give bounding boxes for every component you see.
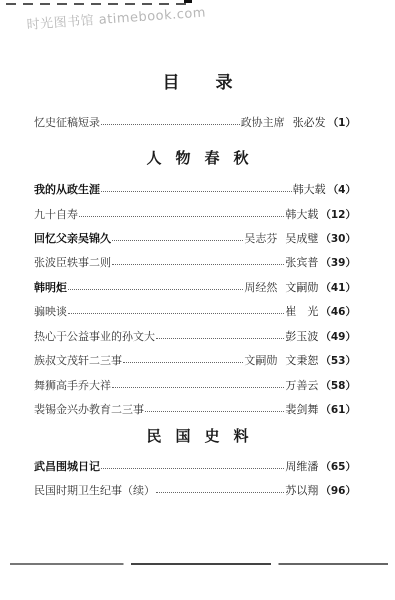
entry-title: 韩明炬 <box>34 279 67 295</box>
watermark: 时光图书馆 atimebook.com <box>26 1 206 32</box>
toc-entry[interactable]: 张波臣轶事二则 张宾普 （39） <box>34 254 356 270</box>
entry-title: 族叔文茂轩二三事 <box>34 352 122 368</box>
toc-title: 目录 <box>0 68 395 93</box>
entry-author: 韩大载 <box>285 206 318 222</box>
entry-author: 张必发 <box>293 114 326 130</box>
toc-entry[interactable]: 回忆父亲吴锦久 吴志芬 吴成璧 （30） <box>34 230 356 246</box>
entry-page: （12） <box>320 207 356 222</box>
entry-author: 彭玉波 <box>285 328 318 344</box>
bottom-rule <box>10 563 388 565</box>
toc-entry[interactable]: 裴锡金兴办教育二三事 裴剑舞 （61） <box>34 401 356 417</box>
toc-entry[interactable]: 忆史征稿短录 政协主席 张必发 （1） <box>34 114 356 130</box>
entry-author: 韩大载 <box>293 181 326 197</box>
dot-leader <box>156 337 284 339</box>
entry-coauthor: 周经然 <box>244 279 277 295</box>
entry-title: 张波臣轶事二则 <box>34 254 111 270</box>
entry-author: 万善云 <box>285 377 318 393</box>
section-title-history: 民国史料 <box>0 425 395 446</box>
entry-title: 骟映谈 <box>34 303 67 319</box>
entry-author: 苏以翔 <box>285 482 318 498</box>
toc-entry[interactable]: 热心于公益事业的孙文大 彭玉波 （49） <box>34 328 356 344</box>
dot-leader <box>101 190 292 192</box>
entry-page: （61） <box>320 402 356 417</box>
entry-title: 舞狮高手乔大祥 <box>34 377 111 393</box>
entry-author: 文秉恕 <box>285 352 318 368</box>
entry-role: 政协主席 <box>241 114 285 130</box>
toc-entry[interactable]: 族叔文茂轩二三事 文嗣勋 文秉恕 （53） <box>34 352 356 368</box>
entry-author: 吴成璧 <box>285 230 318 246</box>
entry-title: 我的从政生涯 <box>34 181 100 197</box>
entry-page: （96） <box>320 483 356 498</box>
dot-leader <box>112 239 243 241</box>
entry-page: （4） <box>328 182 356 197</box>
dot-leader <box>112 386 284 388</box>
entry-author: 崔 光 <box>285 303 318 319</box>
entry-page: （1） <box>328 115 356 130</box>
entry-coauthor: 吴志芬 <box>244 230 277 246</box>
entry-title: 民国时期卫生纪事（续） <box>34 482 155 498</box>
entry-title: 九十自寿 <box>34 206 78 222</box>
entry-page: （46） <box>320 304 356 319</box>
dot-leader <box>68 288 243 290</box>
toc-entry[interactable]: 武昌围城日记 周维潘 （65） <box>34 458 356 474</box>
entry-title: 热心于公益事业的孙文大 <box>34 328 155 344</box>
entry-page: （58） <box>320 378 356 393</box>
toc-entry[interactable]: 骟映谈 崔 光 （46） <box>34 303 356 319</box>
toc-entry[interactable]: 我的从政生涯 韩大载 （4） <box>34 181 356 197</box>
dot-leader <box>112 263 284 265</box>
entry-author: 文嗣勋 <box>285 279 318 295</box>
entry-page: （53） <box>320 353 356 368</box>
entry-author: 张宾普 <box>285 254 318 270</box>
toc-entry[interactable]: 舞狮高手乔大祥 万善云 （58） <box>34 377 356 393</box>
toc-entry[interactable]: 民国时期卫生纪事（续） 苏以翔 （96） <box>34 482 356 498</box>
dot-leader <box>145 410 284 412</box>
dot-leader <box>156 491 284 493</box>
entry-title: 忆史征稿短录 <box>34 114 100 130</box>
toc-entry[interactable]: 九十自寿 韩大载 （12） <box>34 206 356 222</box>
entry-title: 裴锡金兴办教育二三事 <box>34 401 144 417</box>
dot-leader <box>123 361 243 363</box>
entry-coauthor: 文嗣勋 <box>244 352 277 368</box>
entry-page: （65） <box>320 459 356 474</box>
dot-leader <box>101 123 240 125</box>
dot-leader <box>68 312 284 314</box>
entry-title: 武昌围城日记 <box>34 458 100 474</box>
section-title-people: 人物春秋 <box>0 147 395 168</box>
entry-page: （49） <box>320 329 356 344</box>
entry-page: （39） <box>320 255 356 270</box>
entry-page: （30） <box>320 231 356 246</box>
toc-entry[interactable]: 韩明炬 周经然 文嗣勋 （41） <box>34 279 356 295</box>
entry-author: 裴剑舞 <box>285 401 318 417</box>
entry-author: 周维潘 <box>285 458 318 474</box>
dot-leader <box>101 467 284 469</box>
dot-leader <box>79 215 284 217</box>
entry-page: （41） <box>320 280 356 295</box>
entry-title: 回忆父亲吴锦久 <box>34 230 111 246</box>
